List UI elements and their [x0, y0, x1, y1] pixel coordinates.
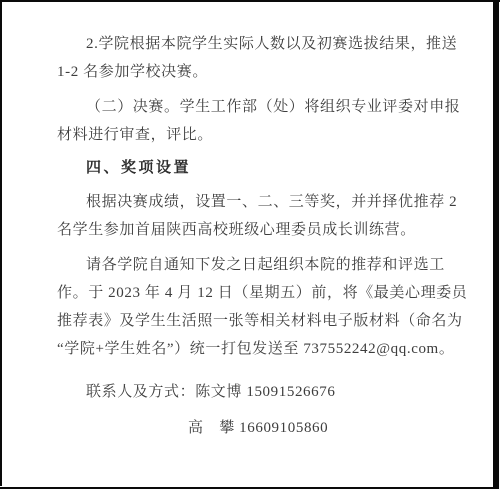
contact-line-2: 高 攀 16609105860 [57, 414, 465, 442]
scan-edge-right [493, 0, 499, 489]
doc-line-submission-2: 作。于 2023 年 4 月 12 日（星期五）前，将《最美心理委员 [57, 279, 465, 307]
section-heading-awards: 四、奖项设置 [57, 154, 465, 182]
doc-line-submission: 请各学院自通知下发之日起组织本院的推荐和评选工 [57, 251, 465, 279]
doc-line-submission-email: “学院+学生姓名”）统一打包发送至 737552242@qq.com。 [57, 335, 465, 363]
doc-line-submission-3: 推荐表》及学生生活照一张等相关材料电子版材料（命名为 [57, 307, 465, 335]
doc-line-final-round: （二）决赛。学生工作部（处）将组织专业评委对申报 [57, 93, 465, 121]
doc-line-selection-rule-2: 1-2 名参加学校决赛。 [57, 58, 465, 86]
doc-line-selection-rule: 2.学院根据本院学生实际人数以及初赛选拔结果，推送 [57, 30, 465, 58]
notice-document: 2.学院根据本院学生实际人数以及初赛选拔结果，推送 1-2 名参加学校决赛。 （… [57, 30, 465, 442]
doc-line-awards: 根据决赛成绩，设置一、二、三等奖，并并择优推荐 2 [57, 188, 465, 216]
scan-edge-left [0, 0, 2, 486]
doc-line-final-round-2: 材料进行审查，评比。 [57, 121, 465, 149]
scanned-notice-page: { "colors": { "text": "#3d3d3d", "scan_e… [0, 0, 500, 489]
scan-edge-top [0, 0, 500, 2]
contact-line-1: 联系人及方式：陈文博 15091526676 [57, 378, 465, 406]
doc-line-awards-2: 名学生参加首届陕西高校班级心理委员成长训练营。 [57, 216, 465, 244]
